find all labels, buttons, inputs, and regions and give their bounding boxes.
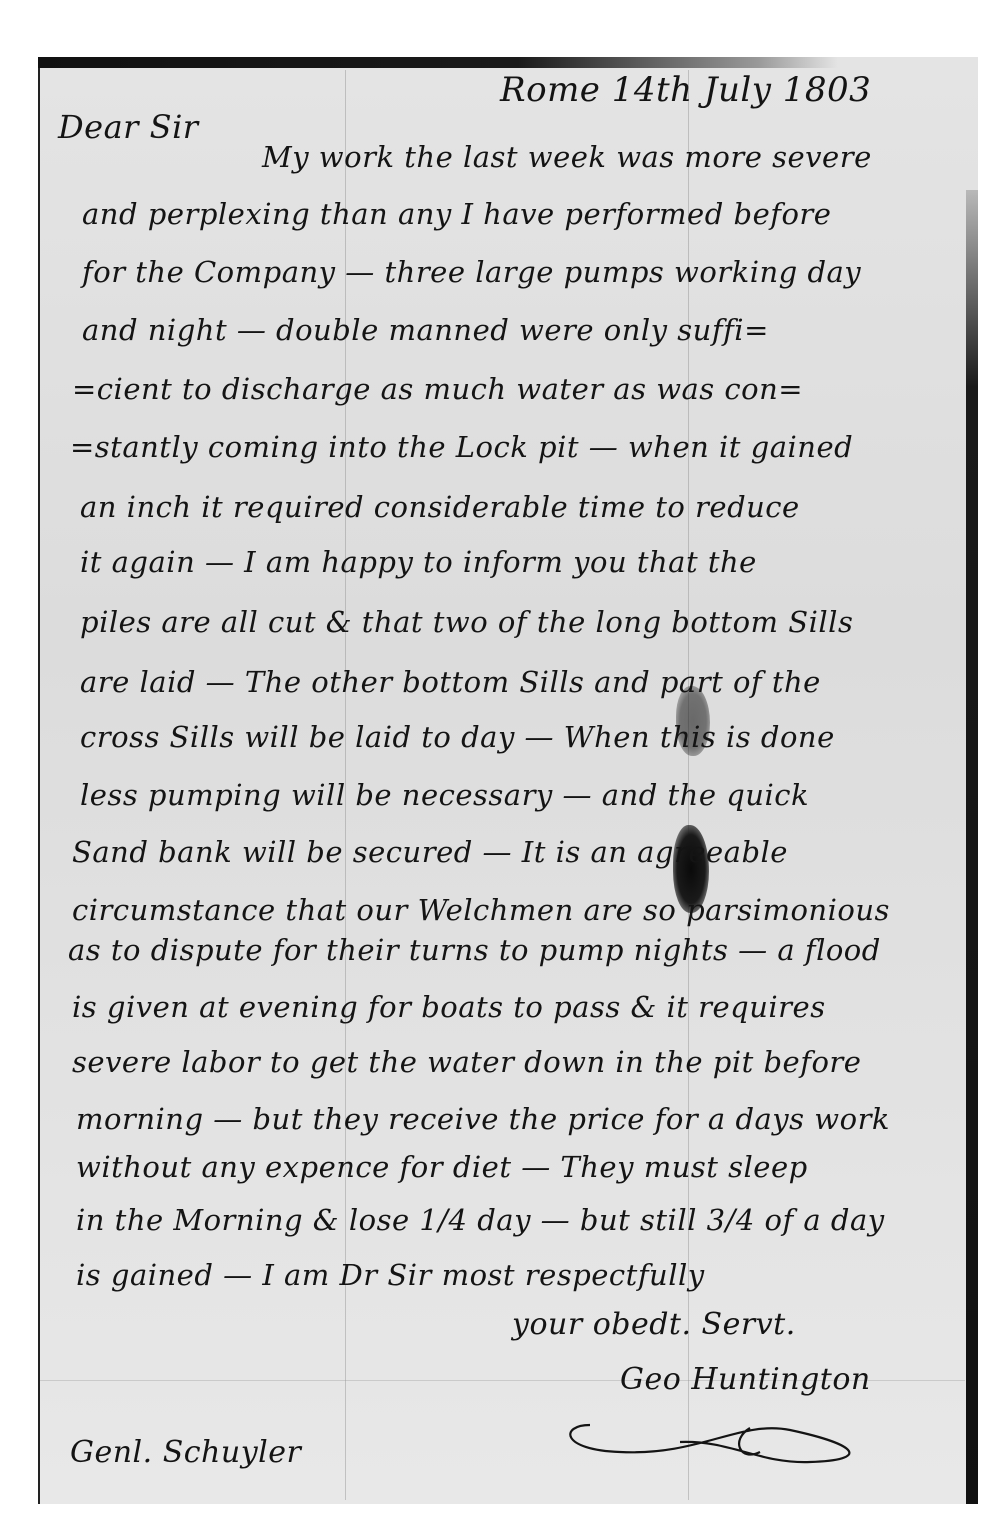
body-line: cross Sills will be laid to day — When t…: [80, 720, 835, 754]
body-line: is gained — I am Dr Sir most respectfull…: [76, 1258, 705, 1292]
paper-top-edge: [38, 57, 838, 68]
body-line: less pumping will be necessary — and the…: [80, 778, 809, 812]
dateline: Rome 14th July 1803: [500, 70, 871, 110]
body-line: it again — I am happy to inform you that…: [80, 545, 757, 579]
body-line: =cient to discharge as much water as was…: [72, 372, 803, 406]
body-line: morning — but they receive the price for…: [76, 1102, 890, 1136]
body-line: is given at evening for boats to pass & …: [72, 990, 826, 1024]
body-line: for the Company — three large pumps work…: [82, 255, 861, 289]
body-line: severe labor to get the water down in th…: [72, 1045, 861, 1079]
body-line: My work the last week was more severe: [262, 140, 872, 174]
body-line: and perplexing than any I have performed…: [82, 197, 831, 231]
signature-flourish-icon: [560, 1400, 900, 1480]
body-line: and night — double manned were only suff…: [82, 313, 769, 347]
signature: Geo Huntington: [620, 1362, 871, 1397]
body-line: in the Morning & lose 1/4 day — but stil…: [76, 1203, 885, 1237]
body-line: Sand bank will be secured — It is an agr…: [72, 835, 788, 869]
body-line: circumstance that our Welchmen are so pa…: [72, 893, 890, 927]
body-line: without any expence for diet — They must…: [76, 1150, 808, 1184]
body-line: an inch it required considerable time to…: [80, 490, 800, 524]
body-line: as to dispute for their turns to pump ni…: [68, 933, 881, 967]
body-line: piles are all cut & that two of the long…: [80, 605, 853, 639]
body-line: are laid — The other bottom Sills and pa…: [80, 665, 821, 699]
closing: your obedt. Servt.: [512, 1307, 796, 1342]
paper-right-edge: [966, 190, 978, 1504]
addressee: Genl. Schuyler: [70, 1435, 301, 1470]
salutation: Dear Sir: [58, 108, 199, 146]
body-line: =stantly coming into the Lock pit — when…: [70, 430, 853, 464]
